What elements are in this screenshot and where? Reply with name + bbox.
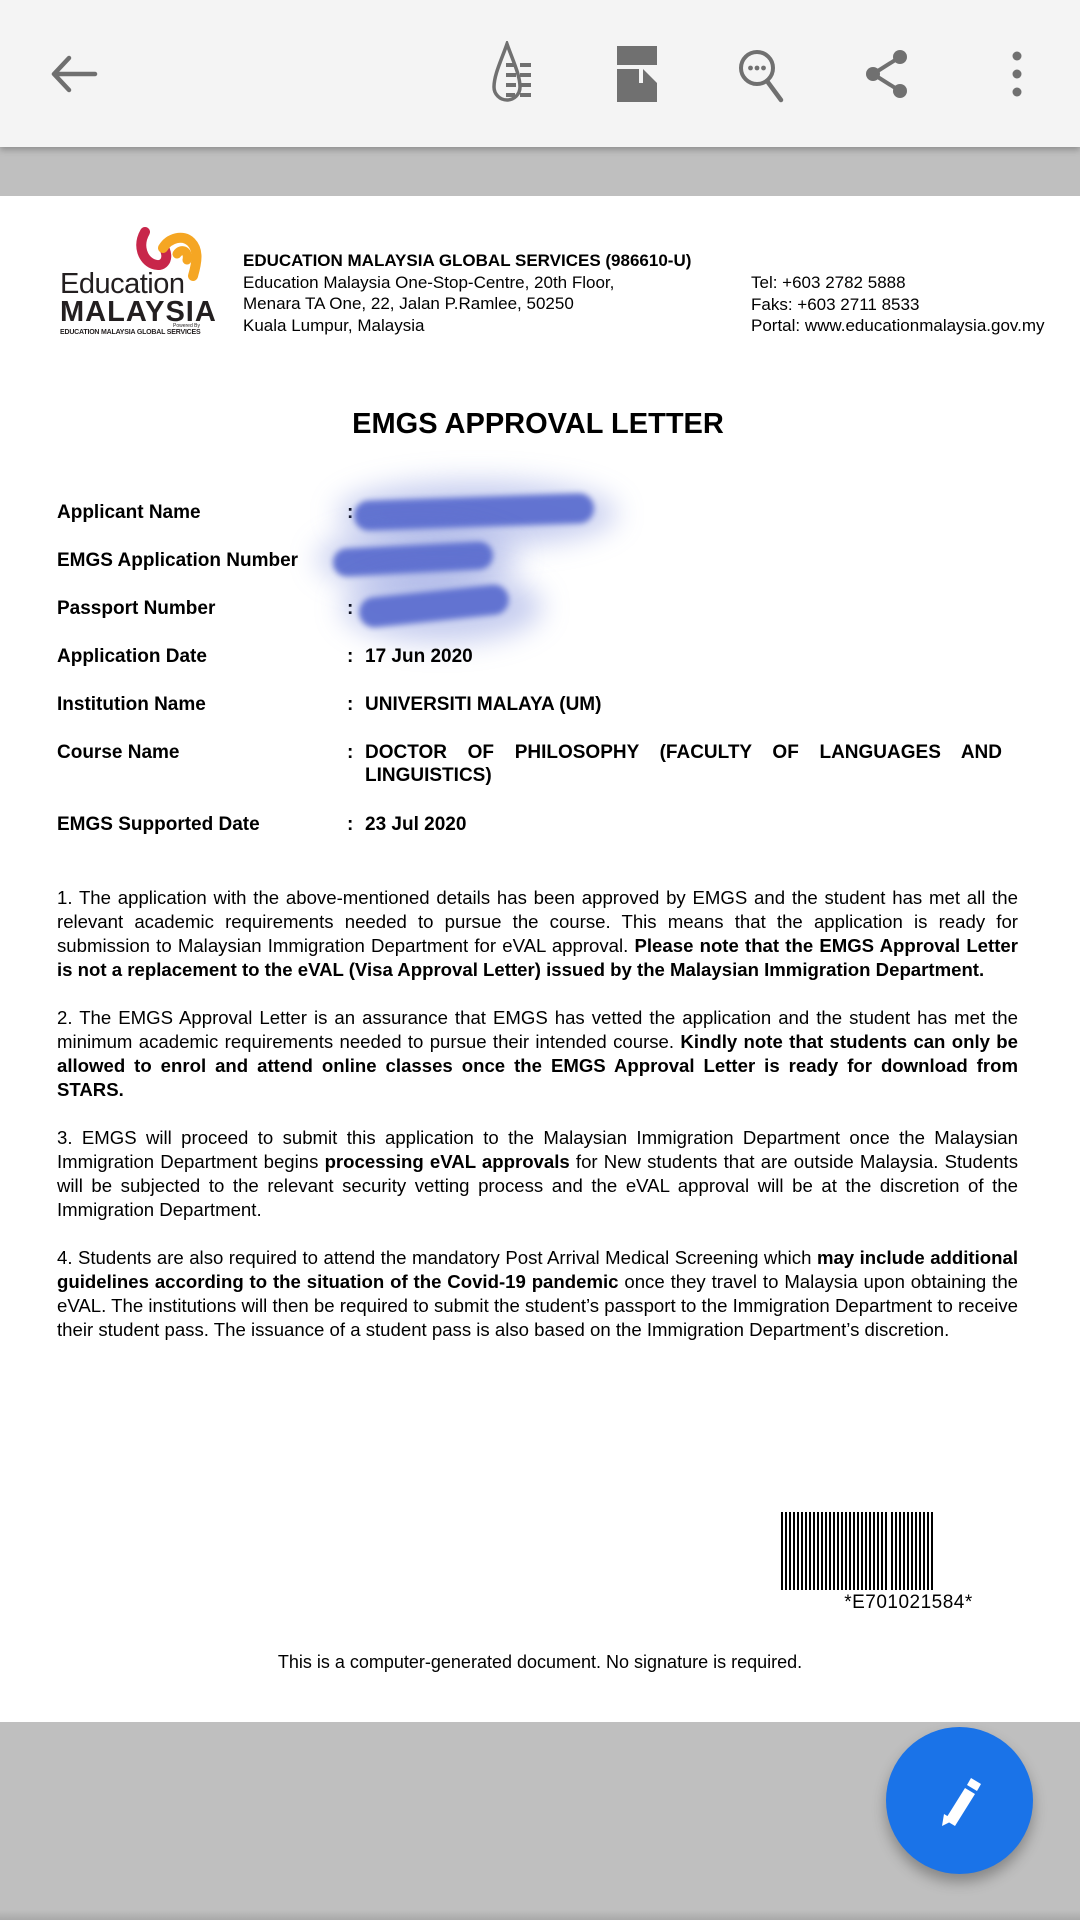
barcode-bar (891, 1512, 893, 1590)
contact-telephone: Tel: +603 2782 5888 (751, 272, 1045, 294)
viewer-background-top (0, 147, 1080, 196)
emphasis-text: processing eVAL approvals (325, 1151, 570, 1172)
barcode-bar (853, 1512, 855, 1590)
barcode-bar (829, 1512, 831, 1590)
page-layout-icon (614, 44, 660, 104)
field-label: Course Name (57, 741, 180, 764)
organization-name: EDUCATION MALAYSIA GLOBAL SERVICES (9866… (243, 250, 691, 272)
barcode-bar (793, 1512, 795, 1590)
barcode-bar (801, 1512, 803, 1590)
barcode-bar (899, 1512, 901, 1590)
barcode-bar (931, 1512, 933, 1590)
barcode-bar (895, 1512, 897, 1590)
document-title: EMGS APPROVAL LETTER (0, 408, 1076, 441)
barcode-bar (919, 1512, 921, 1590)
field-label: Institution Name (57, 693, 206, 716)
address-line: Menara TA One, 22, Jalan P.Ramlee, 50250 (243, 293, 691, 315)
more-options-button[interactable] (981, 38, 1053, 110)
barcode-bar (845, 1512, 847, 1590)
field-value: 23 Jul 2020 (365, 813, 1002, 836)
field-value: UNIVERSITI MALAYA (UM) (365, 693, 1002, 716)
pencil-edit-icon (931, 1772, 989, 1830)
app-toolbar (0, 0, 1080, 147)
page-view-button[interactable] (601, 38, 673, 110)
barcode-bar (885, 1512, 887, 1590)
barcode-bar (813, 1512, 815, 1590)
barcode-bar (857, 1512, 859, 1590)
barcode-bar (907, 1512, 909, 1590)
barcode-text: *E701021584* (781, 1592, 1036, 1614)
edit-fab-button[interactable] (886, 1727, 1033, 1874)
field-label: EMGS Application Number (57, 549, 298, 572)
barcode-bar (877, 1512, 879, 1590)
field-label: Application Date (57, 645, 207, 668)
contact-portal: Portal: www.educationmalaysia.gov.my (751, 315, 1045, 337)
barcode-bar (869, 1512, 871, 1590)
barcode-bar (903, 1512, 905, 1590)
barcode-bar (833, 1512, 835, 1590)
body-paragraph: 2. The EMGS Approval Letter is an assura… (57, 1006, 1018, 1102)
search-document-button[interactable] (727, 38, 799, 110)
barcode-bar (785, 1512, 787, 1590)
barcode-bar (781, 1512, 783, 1590)
field-label: Applicant Name (57, 501, 201, 524)
barcode-bar (927, 1512, 929, 1590)
field-value: 17 Jun 2020 (365, 645, 1002, 668)
organization-contact: Tel: +603 2782 5888 Faks: +603 2711 8533… (751, 272, 1045, 337)
field-label: Passport Number (57, 597, 215, 620)
barcode-bar (841, 1512, 843, 1590)
share-icon (862, 48, 914, 100)
barcode-bar (837, 1512, 839, 1590)
share-button[interactable] (852, 38, 924, 110)
field-colon: : (347, 645, 353, 668)
body-paragraph: 3. EMGS will proceed to submit this appl… (57, 1126, 1018, 1222)
search-document-icon (735, 44, 791, 104)
field-colon: : (347, 813, 353, 836)
field-colon: : (347, 741, 353, 764)
barcode-bar (849, 1512, 851, 1590)
education-malaysia-logo: Education MALAYSIA Powered By EDUCATION … (58, 226, 208, 336)
organization-address: EDUCATION MALAYSIA GLOBAL SERVICES (9866… (243, 250, 691, 336)
footer-note: This is a computer-generated document. N… (0, 1652, 1080, 1673)
reading-mode-button[interactable] (476, 38, 548, 110)
body-paragraph: 4. Students are also required to attend … (57, 1246, 1018, 1342)
barcode-bar (825, 1512, 827, 1590)
barcode-bar (881, 1512, 883, 1590)
pdf-page: Education MALAYSIA Powered By EDUCATION … (0, 196, 1080, 1722)
barcode-bar (873, 1512, 875, 1590)
field-label: EMGS Supported Date (57, 813, 260, 836)
contact-fax: Faks: +603 2711 8533 (751, 294, 1045, 316)
body-text: 4. Students are also required to attend … (57, 1247, 817, 1268)
barcode-bar (805, 1512, 807, 1590)
body-paragraph: 1. The application with the above-mentio… (57, 886, 1018, 982)
barcode-bar (809, 1512, 811, 1590)
logo-subtitle: EDUCATION MALAYSIA GLOBAL SERVICES (60, 329, 200, 336)
back-button[interactable] (37, 38, 109, 110)
letter-body: 1. The application with the above-mentio… (57, 886, 1018, 1366)
barcode-bar (861, 1512, 863, 1590)
barcode-bar (911, 1512, 913, 1590)
address-line: Education Malaysia One-Stop-Centre, 20th… (243, 272, 691, 294)
barcode-bar (923, 1512, 925, 1590)
address-line: Kuala Lumpur, Malaysia (243, 315, 691, 337)
more-vert-icon (1007, 48, 1027, 100)
field-colon: : (347, 693, 353, 716)
arrow-left-icon (47, 48, 99, 100)
water-drop-lines-icon (479, 41, 545, 107)
field-value: DOCTOR OF PHILOSOPHY (FACULTY OF LANGUAG… (365, 741, 1002, 787)
barcode-bar (865, 1512, 867, 1590)
barcode-bar (789, 1512, 791, 1590)
application-barcode (781, 1512, 1014, 1590)
barcode-bar (915, 1512, 917, 1590)
barcode-bar (821, 1512, 823, 1590)
barcode-bar (797, 1512, 799, 1590)
barcode-bar (817, 1512, 819, 1590)
